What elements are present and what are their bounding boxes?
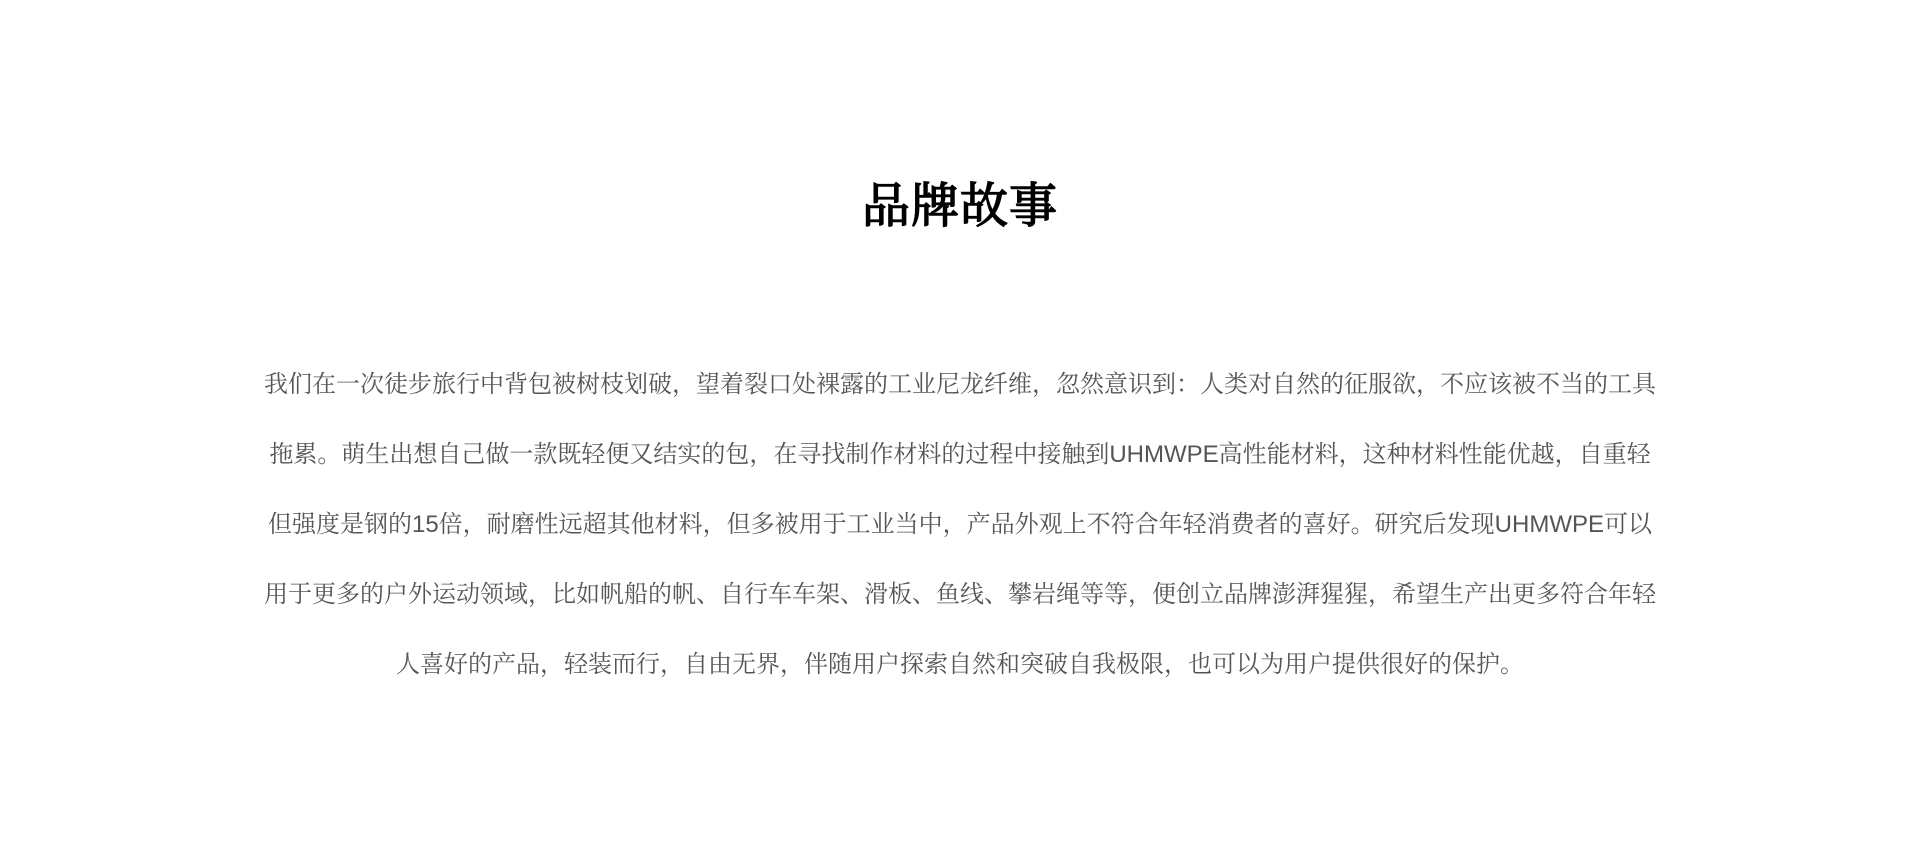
brand-story-paragraph: 我们在一次徒步旅行中背包被树枝划破，望着裂口处裸露的工业尼龙纤维，忽然意识到：人…	[264, 350, 1656, 700]
page-title: 品牌故事	[0, 183, 1920, 231]
brand-story-section: 品牌故事 我们在一次徒步旅行中背包被树枝划破，望着裂口处裸露的工业尼龙纤维，忽然…	[0, 0, 1920, 860]
